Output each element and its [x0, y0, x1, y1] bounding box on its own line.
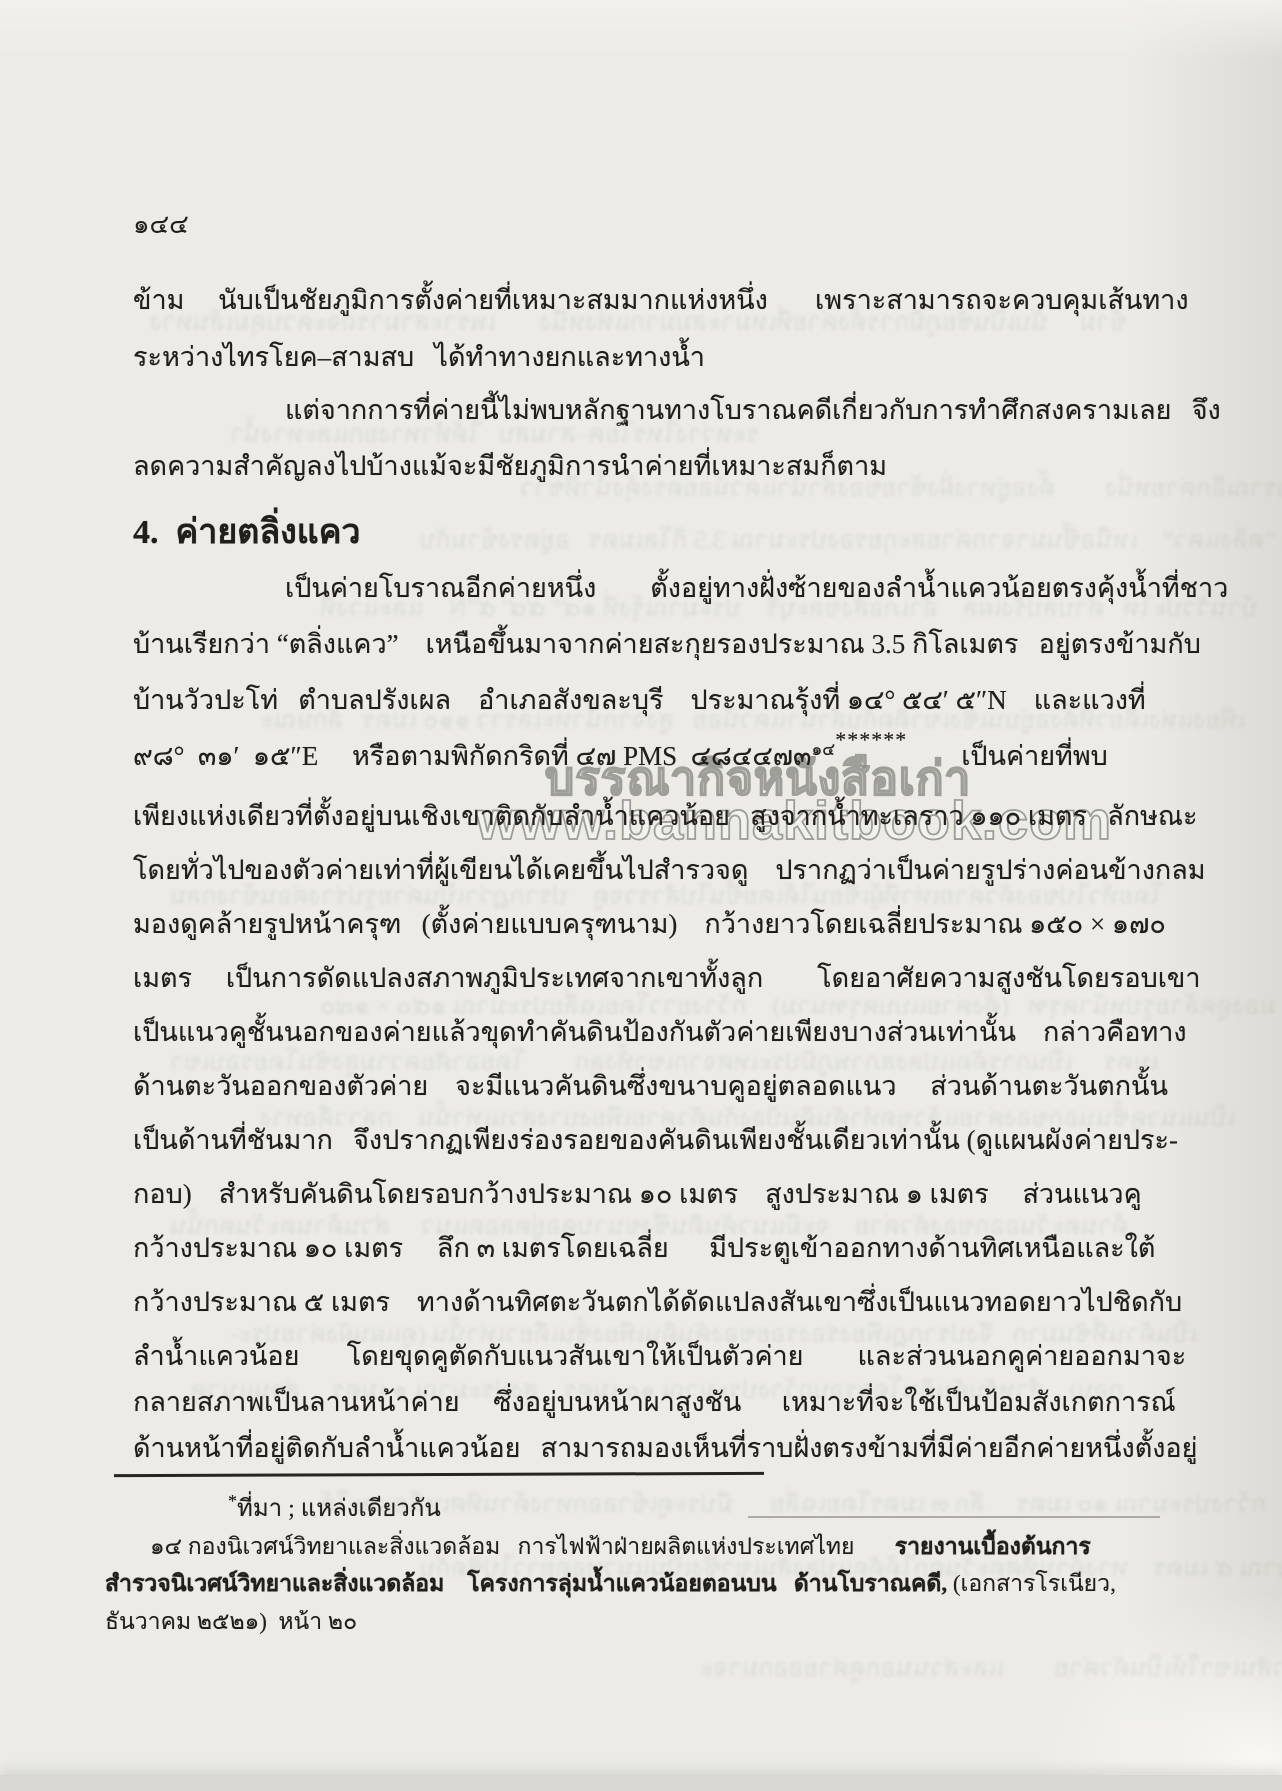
text-line: กลายสภาพเป็นลานหน้าค่าย ซึ่งอยู่บนหน้าผา…	[133, 1380, 1163, 1423]
coordinate-text-tail: เป็นค่ายที่พบ	[907, 741, 1108, 771]
source-note: *ที่มา ; แหล่งเดียวกัน	[228, 1488, 441, 1527]
text-line: กว้างประมาณ ๑๐ เมตร ลึก ๓ เมตรโดยเฉลี่ย …	[133, 1226, 1163, 1269]
footnote-text: ๑๔ กองนิเวศน์วิทยาและสิ่งแวดล้อม การไฟฟ้…	[150, 1534, 895, 1559]
source-note-text: ที่มา ; แหล่งเดียวกัน	[237, 1496, 441, 1522]
bleed-through-rule	[748, 1516, 1160, 1518]
asterisk-mark: *	[228, 1491, 237, 1511]
bleed-through-text: บ้านเรียกว่า “ตลิ่งแคว” เหนือขึ้นมาจากค่…	[420, 520, 1282, 560]
text-line: ข้าม นับเป็นชัยภูมิการตั้งค่ายที่เหมาะสม…	[133, 278, 1163, 321]
footnote-title-bold: สำรวจนิเวศน์วิทยาและสิ่งแวดล้อม โครงการล…	[105, 1571, 947, 1596]
text-line: เมตร เป็นการดัดแปลงสภาพภูมิประเทศจากเขาท…	[133, 956, 1163, 999]
text-line: บ้านเรียกว่า “ตลิ่งแคว” เหนือขึ้นมาจากค่…	[133, 622, 1163, 665]
bleed-through-text: กว้างประมาณ ๑๐ เมตร ลึก ๓ เมตรโดยเฉลี่ย …	[320, 1484, 1267, 1524]
footnote-separator-rule	[114, 1472, 764, 1477]
footnote-line: ๑๔ กองนิเวศน์วิทยาและสิ่งแวดล้อม การไฟฟ้…	[150, 1529, 1091, 1565]
footnote-title-bold: รายงานเบื้องต้นการ	[895, 1534, 1091, 1559]
footnote-line: ธันวาคม ๒๕๒๑) หน้า ๒๐	[105, 1604, 357, 1640]
text-line: มองดูคล้ายรูปหน้าครุฑ (ตั้งค่ายแบบครุฑนา…	[133, 902, 1163, 945]
footnote-reference-number: ๑๔	[812, 740, 836, 759]
text-line: ด้านหน้าที่อยู่ติดกับลำน้ำแควน้อย สามารถ…	[133, 1426, 1163, 1469]
text-line: ระหว่างไทรโยค–สามสบ ได้ทำทางยกและทางน้ำ	[133, 335, 1163, 378]
text-line: โดยทั่วไปของตัวค่ายเท่าที่ผู้เขียนได้เคย…	[133, 848, 1163, 891]
text-line: กอบ) สำหรับคันดินโดยรอบกว้างประมาณ ๑๐ เม…	[133, 1172, 1163, 1215]
coordinate-text: ๙๘° ๓๑′ ๑๕″E หรือตามพิกัดกริดที่ ๔๗ PMS …	[133, 741, 812, 771]
bleed-through-text: ลำน้ำแควน้อย โดยขุดคูตัดกับแนวสันเขาให้เ…	[700, 1648, 1282, 1688]
text-line: บ้านวัวปะโท่ ตำบลปรังเผล อำเภอสังขละบุรี…	[133, 678, 1163, 721]
section-heading: 4. ค่ายตลิ่งแคว	[133, 504, 361, 558]
text-line: แต่จากการที่ค่ายนี้ไม่พบหลักฐานทางโบราณค…	[133, 388, 1282, 431]
footnote-line: สำรวจนิเวศน์วิทยาและสิ่งแวดล้อม โครงการล…	[105, 1566, 1116, 1602]
text-line: กว้างประมาณ ๕ เมตร ทางด้านทิศตะวันตกได้ด…	[133, 1280, 1163, 1323]
asterisk-marks: ******	[835, 727, 907, 752]
page-number: ๑๔๔	[133, 204, 189, 245]
scanned-book-page: ๑๔๔ บรรณากิจหนังสือเก่า www.bannakitbook…	[0, 0, 1282, 1791]
scan-bottom-edge	[0, 1775, 1282, 1791]
text-line: เพียงแห่งเดียวที่ตั้งอยู่บนเชิงเขาติดกับ…	[133, 794, 1163, 837]
text-line: เป็นค่ายโบราณอีกค่ายหนึ่ง ตั้งอยู่ทางฝั่…	[133, 566, 1282, 609]
text-line: เป็นด้านที่ชันมาก จึงปรากฏเพียงร่องรอยขอ…	[133, 1118, 1163, 1161]
text-line-coordinates: ๙๘° ๓๑′ ๑๕″E หรือตามพิกัดกริดที่ ๔๗ PMS …	[133, 734, 1163, 777]
text-line: ลำน้ำแควน้อย โดยขุดคูตัดกับแนวสันเขาให้เ…	[133, 1334, 1163, 1377]
text-line: เป็นแนวคูชั้นนอกของค่ายแล้วขุดทำคันดินป้…	[133, 1010, 1163, 1053]
text-line: ด้านตะวันออกของตัวค่าย จะมีแนวคันดินซึ่ง…	[133, 1064, 1163, 1107]
text-line: ลดความสำคัญลงไปบ้างแม้จะมีชัยภูมิการนำค่…	[133, 444, 1163, 487]
footnote-text: (เอกสารโรเนียว,	[947, 1571, 1116, 1596]
